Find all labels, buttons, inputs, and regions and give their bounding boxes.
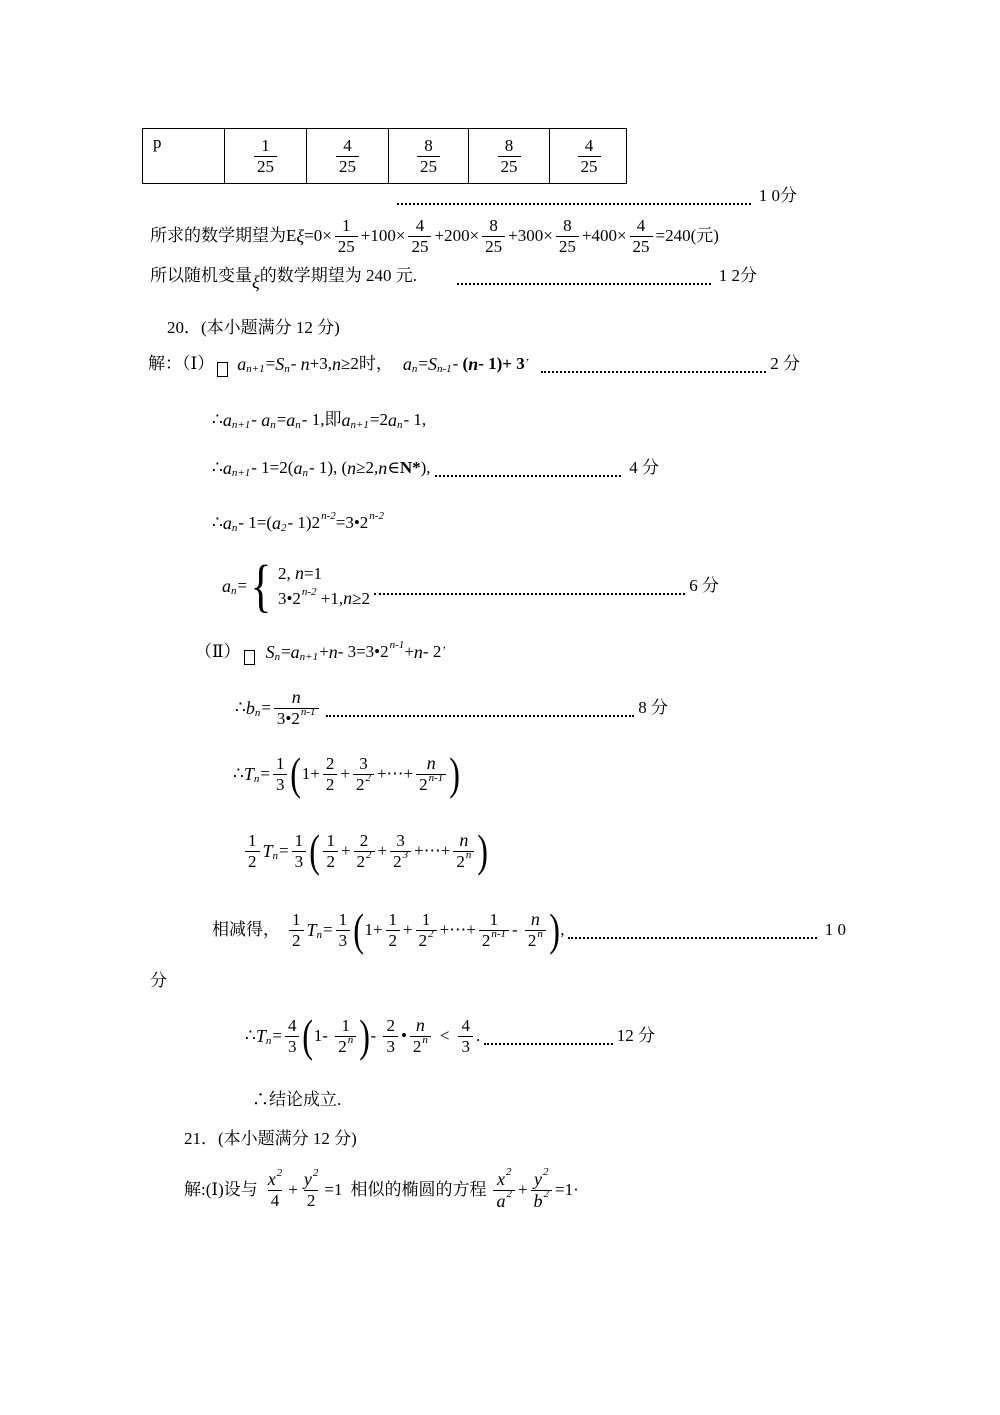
step-part2-sn: （Ⅱ）Sn=an+1+n- 3=3•2n-1+n- 2， [195, 632, 453, 672]
step-bn-definition: ∴bn=n3•2n-18 分 [235, 683, 668, 733]
table-cell-prob-3: 825 [388, 129, 468, 183]
table-cell-prob-2: 425 [306, 129, 388, 183]
document-page: p 125 425 825 825 425 1 0分 所求的数学期望为Eξ=0×… [0, 0, 1000, 1415]
step-tn-bound: ∴Tn=43(1- 12n)- 23•n2n<43.12 分 [245, 1008, 655, 1064]
table-cell-prob-5: 425 [549, 129, 628, 183]
step-21-ellipse: 解:(Ⅰ)设与x24+y22=1相似的椭圆的方程x2a2+y2b2=1· [184, 1164, 579, 1216]
expectation-formula: 所求的数学期望为Eξ=0×125+100×425+200×825+300×825… [150, 213, 719, 259]
problem-21-header: 21．(本小题满分 12 分) [184, 1126, 357, 1152]
score-suffix-fen: 分 [150, 969, 167, 993]
step-geometric-form: ∴an+1- 1=2(an- 1), (n≥2,n∈N*), 4 分 [212, 448, 659, 488]
step-half-tn: 12Tn=13(12+222+323+⋯+n2n) [242, 823, 489, 879]
step-subtraction: 相减得，12Tn=13(1+12+122+⋯+12n-1- n2n), 1 0 [212, 901, 846, 959]
table-cell-p-label: p [143, 129, 224, 183]
table-cell-prob-1: 125 [224, 129, 306, 183]
step-conclusion: ∴结论成立. [252, 1088, 341, 1112]
probability-table: p 125 425 825 825 425 [142, 128, 627, 184]
step-general-term: ∴an- 1=(a2- 1)2n-2=3•2n-2 [212, 503, 384, 543]
table-cell-prob-4: 825 [468, 129, 549, 183]
step-given-recurrence: 解：（Ⅰ）an+1=Sn- n+3,n≥2时，an=Sn-1- (n- 1)+ … [148, 344, 800, 384]
step-tn-sum: ∴Tn=13(1+22+322+⋯+n2n-1) [233, 746, 461, 802]
score-mark-10: 1 0分 [393, 184, 797, 208]
step-difference: ∴an+1- an=an- 1,即an+1=2an- 1, [212, 400, 426, 440]
step-an-cases: an={2, n=13•2n-2 +1,n≥26 分 [222, 555, 719, 617]
problem-20-header: 20．(本小题满分 12 分) [167, 315, 340, 341]
expectation-conclusion: 所以随机变量ξ的数学期望为 240 元. 1 2分 [150, 261, 757, 291]
